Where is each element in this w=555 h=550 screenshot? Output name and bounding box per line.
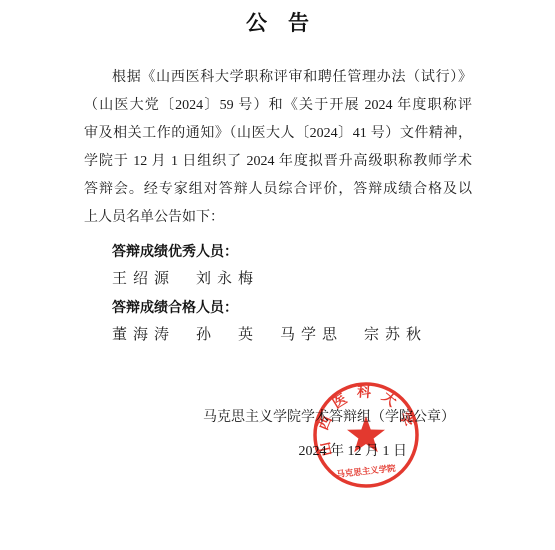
pass-result-names: 董海涛 孙 英 马学思 宗苏秋 <box>84 321 472 349</box>
paragraph-line: 根据《山西医科大学职称评审和聘任管理办法（试行）》 <box>84 64 472 92</box>
announcement-document: 公 告 根据《山西医科大学职称评审和聘任管理办法（试行）》 （山医大党〔2024… <box>0 0 555 550</box>
pass-result-heading: 答辩成绩合格人员： <box>84 293 472 321</box>
seal-circle <box>315 384 417 486</box>
excellent-result-names: 王绍源 刘永梅 <box>84 265 472 293</box>
official-seal: 山西医科大学 马克思主义学院 <box>308 377 424 493</box>
document-title: 公 告 <box>0 0 555 36</box>
paragraph-line: 上人员名单公告如下： <box>84 204 472 232</box>
paragraph-line: （山医大党〔2024〕59 号）和《关于开展 2024 年度职称评 <box>84 92 472 120</box>
results-sections: 答辩成绩优秀人员： 王绍源 刘永梅 答辩成绩合格人员： 董海涛 孙 英 马学思 … <box>0 237 555 349</box>
paragraph-line: 学院于 12 月 1 日组织了 2024 年度拟晋升高级职称教师学术 <box>84 148 472 176</box>
announcement-paragraph: 根据《山西医科大学职称评审和聘任管理办法（试行）》 （山医大党〔2024〕59 … <box>0 64 555 232</box>
excellent-result-heading: 答辩成绩优秀人员： <box>84 237 472 265</box>
paragraph-line: 审及相关工作的通知》（山医大人〔2024〕41 号）文件精神， <box>84 120 472 148</box>
paragraph-line: 答辩会。经专家组对答辩人员综合评价，答辩成绩合格及以 <box>84 176 472 204</box>
signature-org-line: 马克思主义学院学术答辩组（学院公章） <box>0 404 555 432</box>
signature-date-line: 2024 年 12 月 1 日 <box>0 438 555 466</box>
